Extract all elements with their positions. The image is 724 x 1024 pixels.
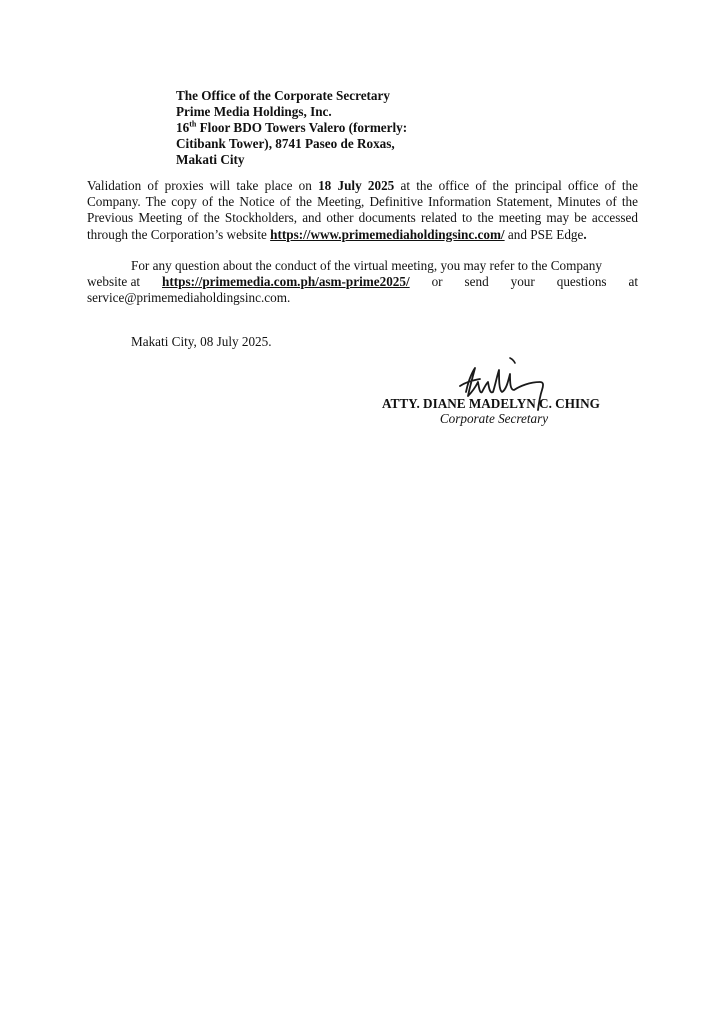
address-line-street: Citibank Tower), 8741 Paseo de Roxas, [176, 136, 407, 152]
questions-paragraph: For any question about the conduct of th… [87, 258, 638, 307]
service-email: service@primemediaholdingsinc.com. [87, 290, 638, 306]
signatory-name: ATTY. DIANE MADELYN C. CHING [382, 396, 600, 412]
address-line-city: Makati City [176, 152, 407, 168]
signatory-title: Corporate Secretary [382, 411, 606, 427]
place-and-date: Makati City, 08 July 2025. [131, 334, 272, 350]
address-line-floor: 16th Floor BDO Towers Valero (formerly: [176, 120, 407, 136]
questions-line-1: For any question about the conduct of th… [87, 258, 638, 274]
questions-line-2: website at https://primemedia.com.ph/asm… [87, 274, 638, 290]
corporate-website-link[interactable]: https://www.primemediaholdingsinc.com/ [270, 227, 504, 242]
address-line-office: The Office of the Corporate Secretary [176, 88, 407, 104]
virtual-meeting-link[interactable]: https://primemedia.com.ph/asm-prime2025/ [162, 274, 410, 290]
document-page: The Office of the Corporate Secretary Pr… [0, 0, 724, 1024]
address-line-company: Prime Media Holdings, Inc. [176, 104, 407, 120]
addressee-block: The Office of the Corporate Secretary Pr… [176, 88, 407, 168]
proxy-validation-paragraph: Validation of proxies will take place on… [87, 178, 638, 243]
validation-date: 18 July 2025 [318, 178, 394, 193]
